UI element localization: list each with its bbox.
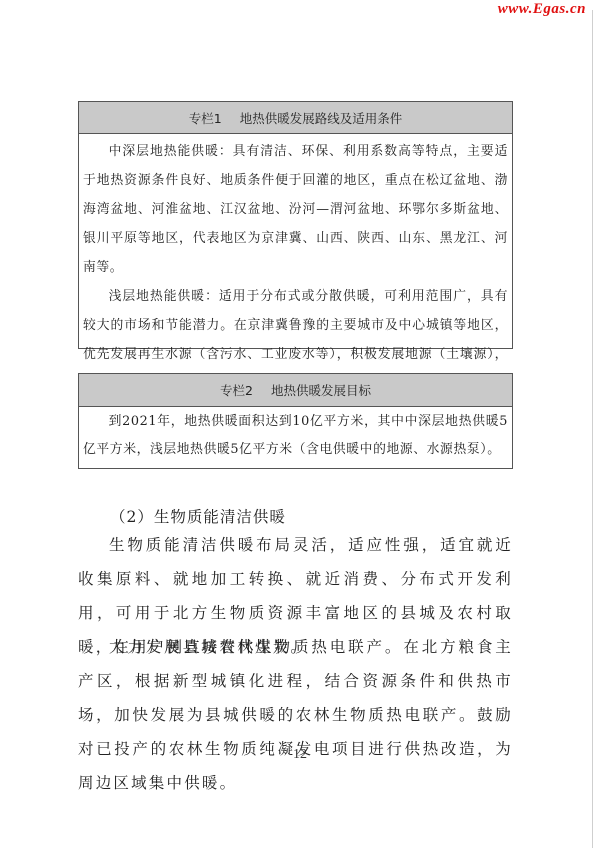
box-1-number: 专栏1 [189, 109, 222, 127]
box-2-number: 专栏2 [220, 381, 253, 399]
page-number: 12 [0, 747, 600, 763]
box-1-paragraph: 中深层地热能供暖：具有清洁、环保、利用系数高等特点，主要适于地热资源条件良好、地… [83, 137, 508, 282]
box-2-paragraph: 到2021年，地热供暖面积达到10亿平方米，其中中深层地热供暖5亿平方米，浅层地… [83, 408, 508, 464]
sidebar-box-2: 专栏2 地热供暖发展目标 到2021年，地热供暖面积达到10亿平方米，其中中深层… [78, 373, 513, 469]
box-2-header: 专栏2 地热供暖发展目标 [79, 374, 512, 407]
section-heading: （2）生物质能清洁供暖 [110, 505, 286, 527]
sidebar-box-1: 专栏1 地热供暖发展路线及适用条件 中深层地热能供暖：具有清洁、环保、利用系数高… [78, 101, 513, 349]
page-edge-divider [592, 10, 593, 848]
box-1-title: 地热供暖发展路线及适用条件 [240, 109, 403, 127]
box-2-title: 地热供暖发展目标 [271, 381, 371, 399]
watermark: www.Egas.cn [498, 1, 586, 18]
body-paragraph: 大力发展县城农林生物质热电联产。在北方粮食主产区，根据新型城镇化进程，结合资源条… [78, 630, 513, 800]
paragraph-text: 大力发展县城农林生物质热电联产。在北方粮食主产区，根据新型城镇化进程，结合资源条… [78, 630, 513, 800]
box-1-header: 专栏1 地热供暖发展路线及适用条件 [79, 102, 512, 134]
box-2-body: 到2021年，地热供暖面积达到10亿平方米，其中中深层地热供暖5亿平方米，浅层地… [79, 407, 512, 468]
